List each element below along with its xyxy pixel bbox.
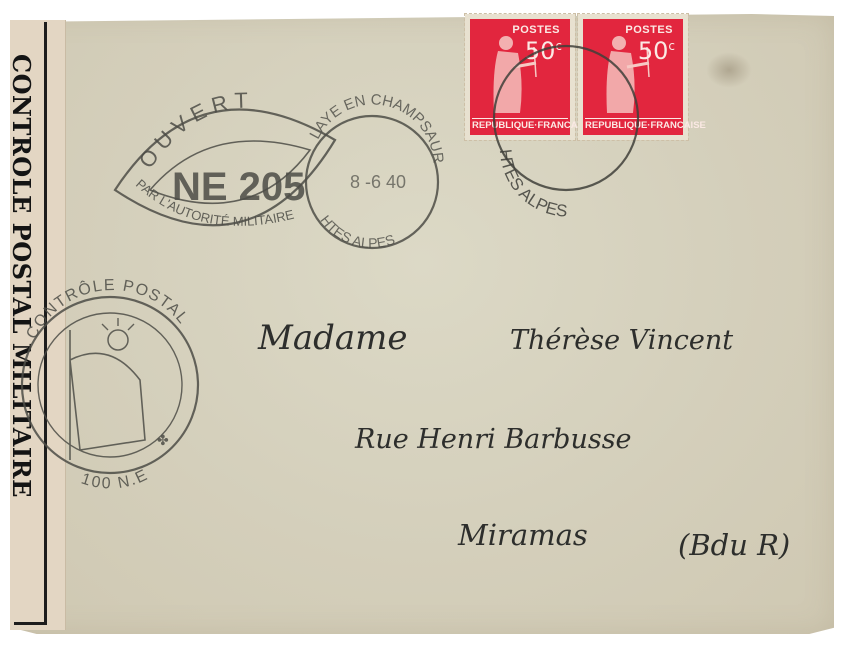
stamp-header: POSTES	[512, 24, 560, 36]
address-department: (Bdu R)	[678, 528, 790, 562]
address-salutation: Madame	[258, 318, 407, 358]
address-street: Rue Henri Barbusse	[355, 424, 632, 455]
stamp-header: POSTES	[625, 24, 673, 36]
censor-label: CONTROLE POSTAL MILITAIRE	[4, 54, 38, 634]
stamp-country: REPUBLIQUE·FRANCAISE	[585, 118, 681, 131]
address-recipient-name: Thérèse Vincent	[510, 325, 733, 356]
stamp-value: 50c	[638, 37, 675, 65]
address-city: Miramas	[458, 518, 588, 552]
ink-smudge	[706, 52, 752, 88]
postage-stamp-1: POSTES 50c REPUBLIQUE·FRANCAISE	[465, 14, 575, 140]
stamp-value: 50c	[525, 37, 562, 65]
postage-stamp-2: POSTES 50c REPUBLIQUE·FRANCAISE	[578, 14, 688, 140]
stamp-country: REPUBLIQUE·FRANCAISE	[472, 118, 568, 131]
